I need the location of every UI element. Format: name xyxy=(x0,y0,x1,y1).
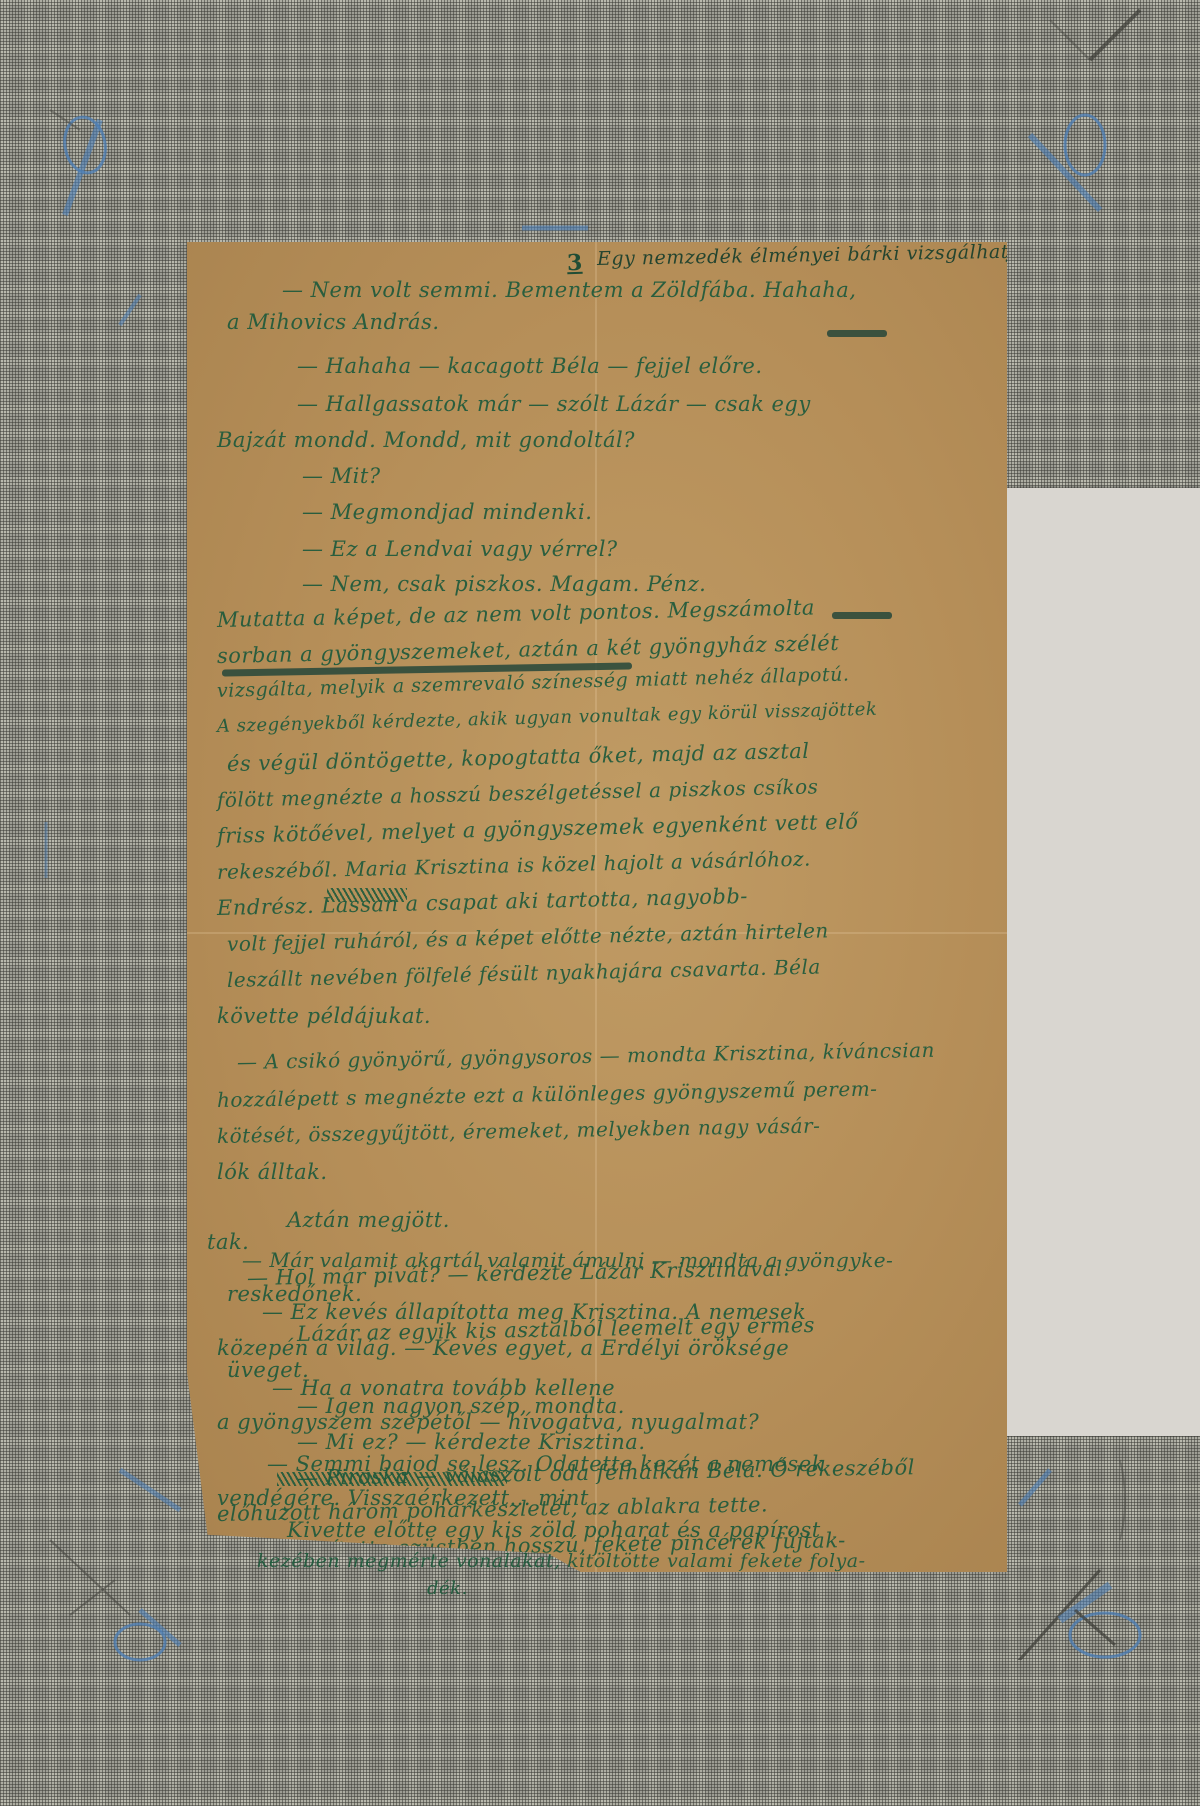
blue-tick-left-mid-icon xyxy=(40,820,52,880)
registration-mark-bottom-right-icon xyxy=(1000,1430,1200,1660)
manuscript-line: Kivette előtte egy kis zöld poharat és a… xyxy=(287,1518,821,1542)
blue-tick-top-center-icon xyxy=(520,222,590,234)
registration-mark-top-left-icon xyxy=(40,90,170,240)
manuscript-line: — Hol már pivát? — kérdezte Lázár Kriszt… xyxy=(247,1257,790,1290)
manuscript-line: — Ez kevés állapította meg Krisztina. A … xyxy=(262,1300,806,1324)
blue-tick-left-icon xyxy=(115,290,145,330)
manuscript-line: közepén a világ. — Kevés egyet, a Erdély… xyxy=(217,1336,789,1360)
manuscript-line: kezében megmérte vonalakat, kitöltötte v… xyxy=(257,1550,866,1572)
manuscript-final-lines: kezében megmérte vonalakat, kitöltötte v… xyxy=(187,1550,1007,1610)
white-backing-sheet xyxy=(1005,488,1200,1436)
manuscript-line: — Ha a vonatra tovább kellene xyxy=(272,1376,615,1400)
manuscript-line: dék. xyxy=(427,1578,468,1599)
registration-mark-bottom-left-icon xyxy=(40,1440,200,1670)
manuscript-line: — Semmi bajod se lesz. Odatette kezét a … xyxy=(267,1452,825,1476)
registration-mark-top-right-icon xyxy=(1010,0,1200,230)
manuscript-bottom-lines: tak. — Hol már pivát? — kérdezte Lázár K… xyxy=(187,1230,1007,1580)
manuscript-line: vendégére. Visszaérkezett... mint xyxy=(217,1486,589,1510)
manuscript-line: tak. xyxy=(207,1230,249,1254)
manuscript-line: a gyöngyszem szépétől — hívogatva, nyuga… xyxy=(217,1410,759,1434)
